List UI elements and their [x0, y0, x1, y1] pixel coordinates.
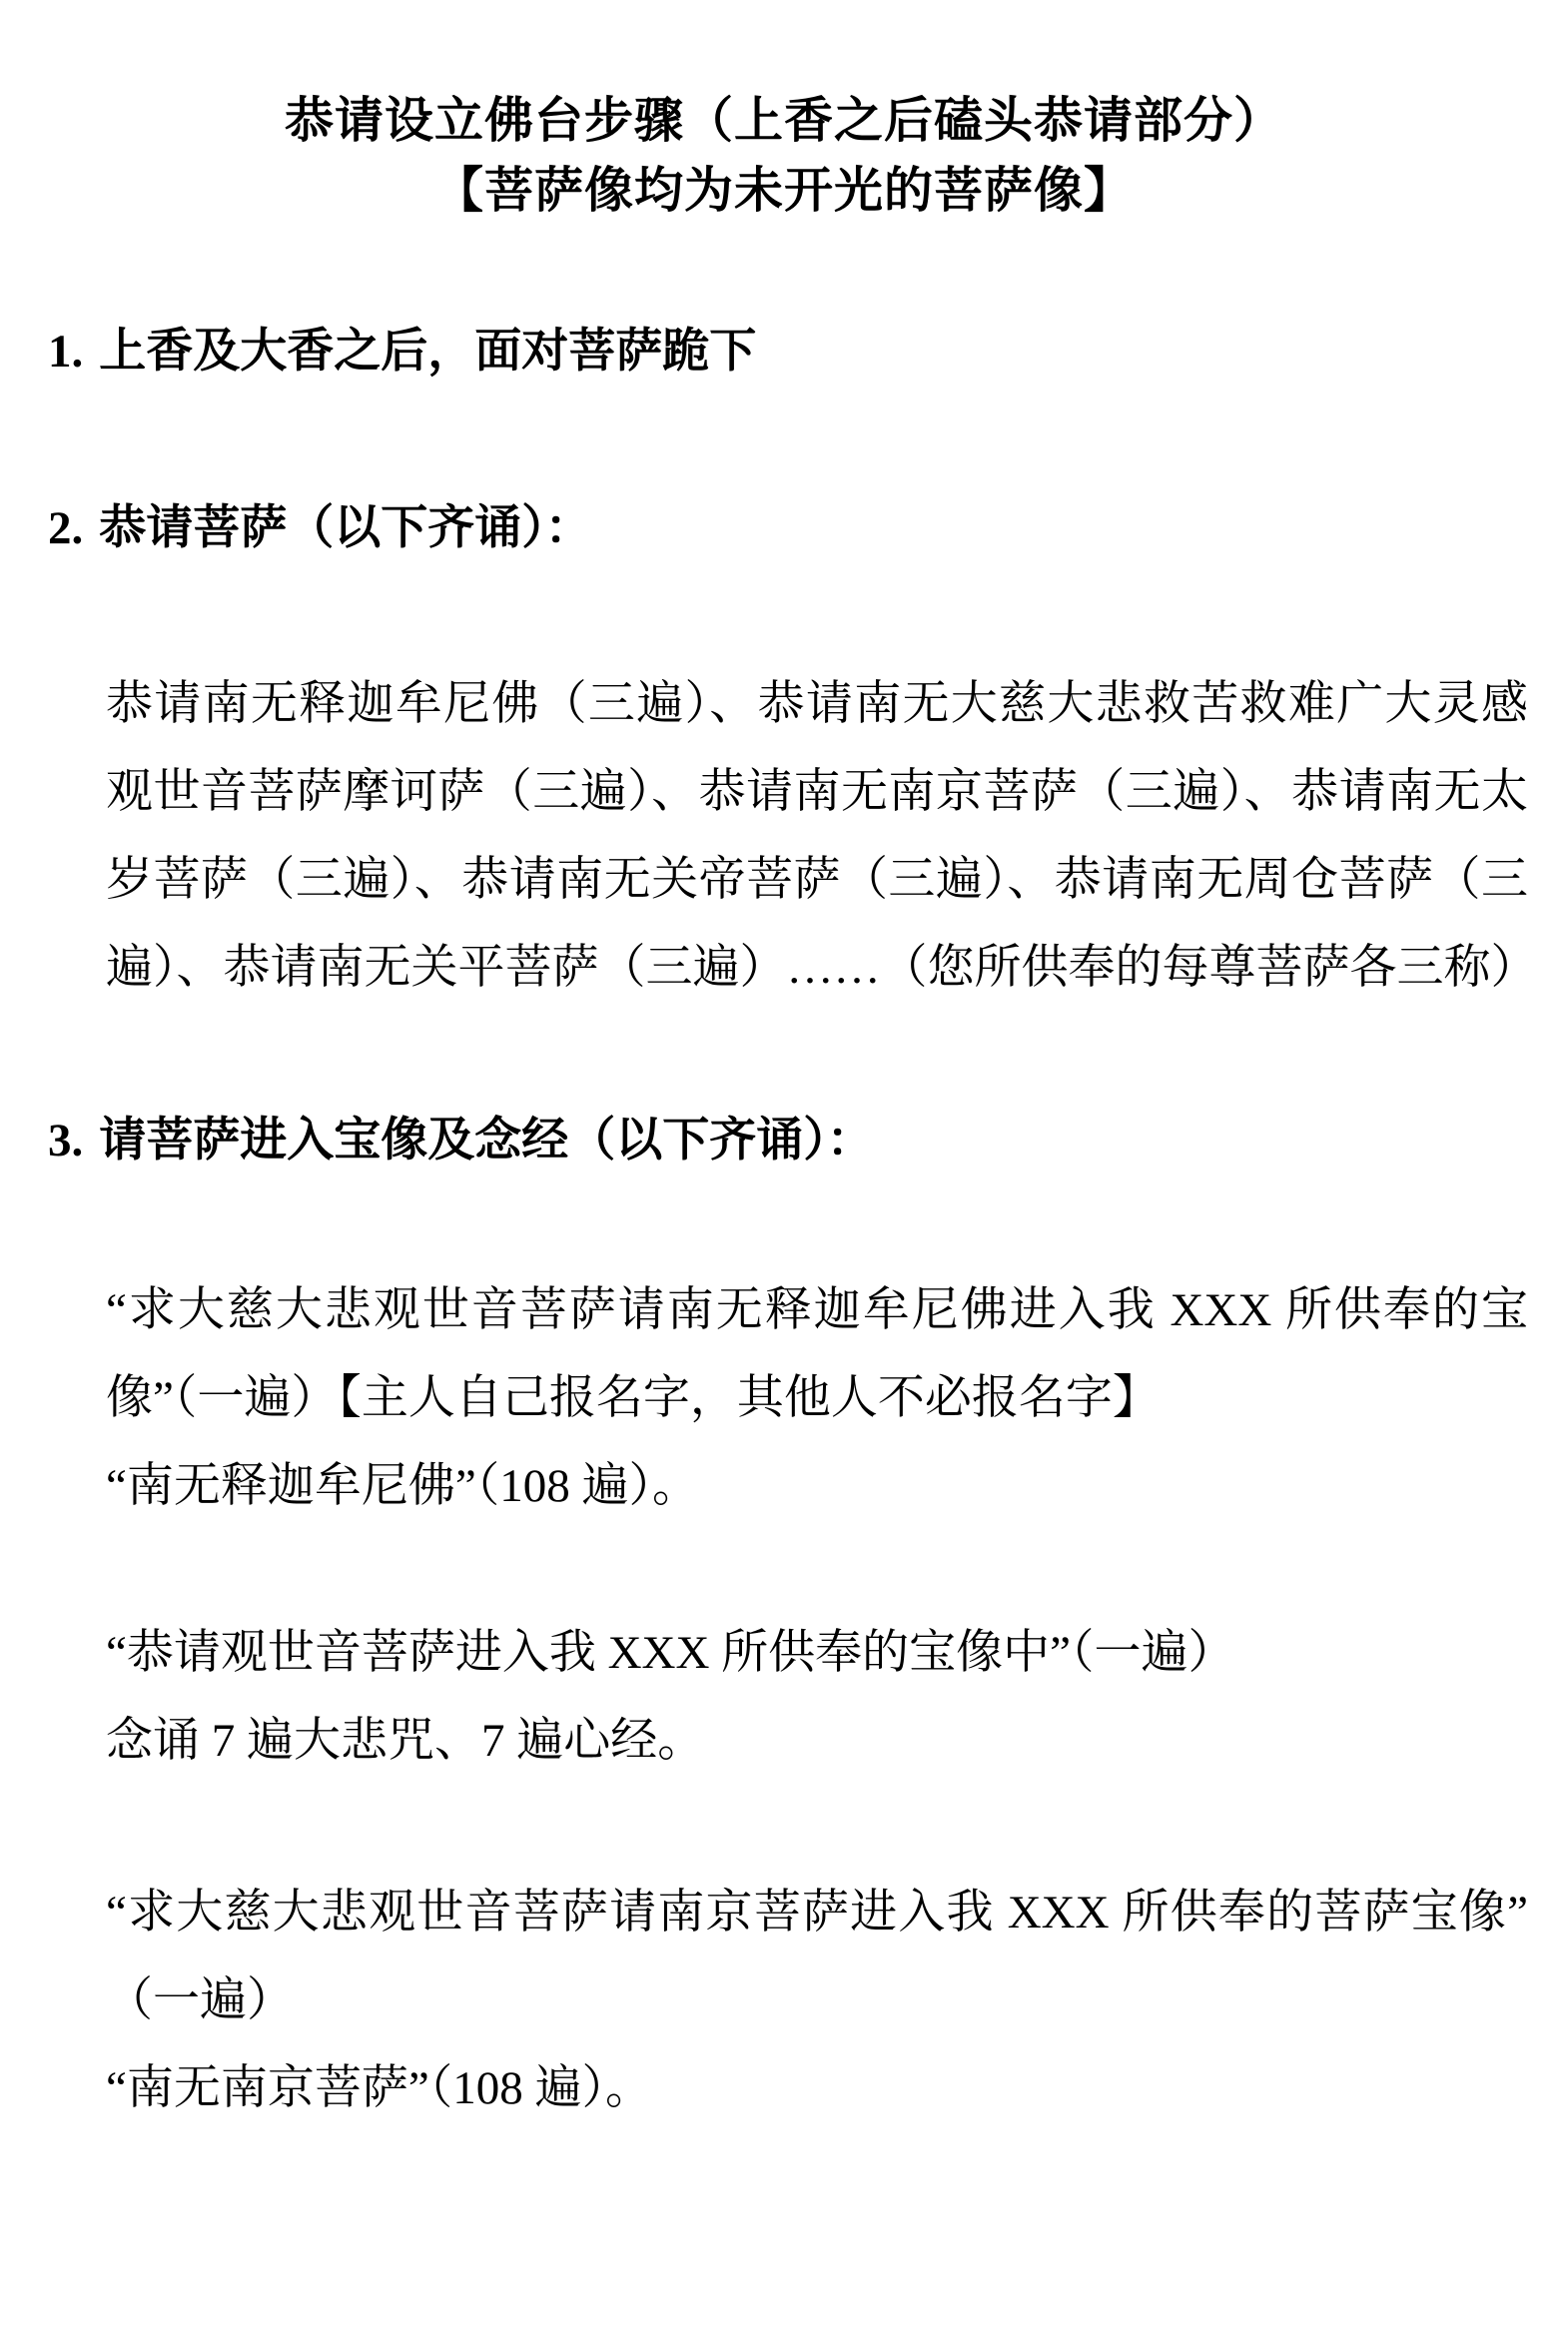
recite-block-2-line-1: “恭请观世音菩萨进入我 XXX 所供奉的宝像中”（一遍） — [106, 1609, 1528, 1697]
recite-block-1-line-3: “南无释迦牟尼佛”（108 遍）。 — [106, 1442, 1528, 1530]
recite-block-3-line-2: （一遍） — [106, 1956, 1528, 2044]
invite-paragraph-line-4: 遍）、恭请南无关平菩萨（三遍）……（您所供奉的每尊菩萨各三称） — [106, 924, 1528, 1012]
document-page: 恭请设立佛台步骤（上香之后磕头恭请部分） 【菩萨像均为未开光的菩萨像】 1.上香… — [0, 0, 1568, 2336]
recite-block-3: “求大慈大悲观世音菩萨请南京菩萨进入我 XXX 所供奉的菩萨宝像” （一遍） “… — [106, 1869, 1528, 2132]
step-2-heading: 2.恭请菩萨（以下齐诵）： — [48, 484, 1528, 572]
recite-block-2-line-2: 念诵 7 遍大悲咒、7 遍心经。 — [106, 1697, 1528, 1785]
step-1-text: 上香及大香之后，面对菩萨跪下 — [99, 326, 756, 378]
invite-paragraph-line-2: 观世音菩萨摩诃萨（三遍）、恭请南无南京菩萨（三遍）、恭请南无太 — [106, 748, 1528, 836]
step-3-heading: 3.请菩萨进入宝像及念经（以下齐诵）： — [48, 1097, 1528, 1184]
doc-title-line-2: 【菩萨像均为未开光的菩萨像】 — [0, 156, 1568, 226]
doc-title-line-1: 恭请设立佛台步骤（上香之后磕头恭请部分） — [0, 86, 1568, 156]
recite-block-1-line-1: “求大慈大悲观世音菩萨请南无释迦牟尼佛进入我 XXX 所供奉的宝 — [106, 1266, 1528, 1354]
step-3-number: 3. — [48, 1097, 83, 1184]
step-3-text: 请菩萨进入宝像及念经（以下齐诵）： — [99, 1115, 874, 1167]
title-block: 恭请设立佛台步骤（上香之后磕头恭请部分） 【菩萨像均为未开光的菩萨像】 — [0, 0, 1568, 226]
invite-paragraph-line-3: 岁菩萨（三遍）、恭请南无关帝菩萨（三遍）、恭请南无周仓菩萨（三 — [106, 836, 1528, 924]
step-1-heading: 1.上香及大香之后，面对菩萨跪下 — [48, 308, 1528, 395]
recite-block-3-line-3: “南无南京菩萨”（108 遍）。 — [106, 2044, 1528, 2132]
invite-paragraph-line-1: 恭请南无释迦牟尼佛（三遍）、恭请南无大慈大悲救苦救难广大灵感 — [106, 660, 1528, 748]
recite-block-3-line-1: “求大慈大悲观世音菩萨请南京菩萨进入我 XXX 所供奉的菩萨宝像” — [106, 1869, 1528, 1956]
step-1-number: 1. — [48, 308, 83, 395]
recite-block-1-line-2: 像”（一遍）【主人自己报名字，其他人不必报名字】 — [106, 1354, 1528, 1442]
recite-block-1: “求大慈大悲观世音菩萨请南无释迦牟尼佛进入我 XXX 所供奉的宝 像”（一遍）【… — [106, 1266, 1528, 1530]
step-2-text: 恭请菩萨（以下齐诵）： — [99, 502, 592, 554]
step-2-number: 2. — [48, 484, 83, 572]
recite-block-2: “恭请观世音菩萨进入我 XXX 所供奉的宝像中”（一遍） 念诵 7 遍大悲咒、7… — [106, 1609, 1528, 1785]
invite-paragraph: 恭请南无释迦牟尼佛（三遍）、恭请南无大慈大悲救苦救难广大灵感 观世音菩萨摩诃萨（… — [106, 660, 1528, 1012]
